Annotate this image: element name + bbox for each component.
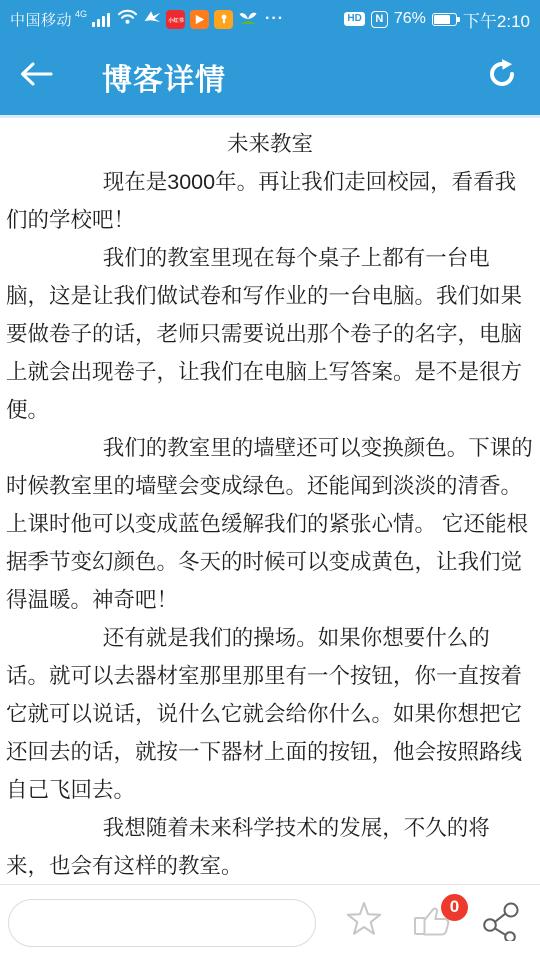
article-paragraph: 我们的教室里的墙壁还可以变换颜色。下课的 时候教室里的墙壁会变成绿色。还能闻到淡… bbox=[6, 429, 534, 619]
favorite-button[interactable] bbox=[338, 893, 390, 953]
video-play-app-icon bbox=[190, 10, 209, 29]
nfc-icon: N bbox=[371, 11, 388, 28]
article-paragraph: 还有就是我们的操场。如果你想要什么的 话。就可以去器材室那里那里有一个按钮，你一… bbox=[6, 619, 534, 809]
wifi-icon bbox=[117, 8, 138, 30]
battery-percent-label: 76% bbox=[394, 10, 426, 28]
refresh-button[interactable] bbox=[464, 37, 540, 117]
comment-input[interactable] bbox=[8, 899, 316, 947]
network-4g-badge: 4G bbox=[75, 9, 87, 19]
article-title: 未来教室 bbox=[6, 125, 534, 163]
share-button[interactable] bbox=[474, 893, 526, 953]
bottom-action-bar: 0 bbox=[0, 884, 540, 960]
share-icon bbox=[479, 899, 521, 946]
back-arrow-icon bbox=[19, 61, 53, 92]
volte-hd-icon: HD bbox=[344, 12, 364, 26]
article-paragraph: 我们的教室里现在每个桌子上都有一台电 脑，这是让我们做试卷和写作业的一台电脑。我… bbox=[6, 239, 534, 429]
blog-article: 未来教室 现在是3000年。再让我们走回校园，看看我 们的学校吧！ 我们的教室里… bbox=[0, 121, 540, 884]
status-bar: 中国移动 4G 小红书 bbox=[0, 0, 540, 38]
app-bar: 博客详情 bbox=[0, 38, 540, 118]
carrier-label: 中国移动 bbox=[10, 9, 72, 30]
xiaohongshu-app-icon: 小红书 bbox=[166, 10, 185, 29]
battery-icon bbox=[432, 13, 457, 26]
orange-app-icon bbox=[214, 10, 233, 29]
more-notifications-icon: ··· bbox=[265, 10, 284, 28]
refresh-icon bbox=[486, 58, 518, 95]
back-button[interactable] bbox=[0, 37, 72, 117]
page-title: 博客详情 bbox=[102, 55, 226, 99]
bird-app-icon bbox=[143, 9, 161, 30]
sprout-app-icon bbox=[238, 8, 258, 30]
signal-strength-icon bbox=[92, 12, 110, 27]
star-icon bbox=[344, 900, 384, 945]
article-paragraph: 现在是3000年。再让我们走回校园，看看我 们的学校吧！ bbox=[6, 163, 534, 239]
like-count-badge: 0 bbox=[441, 894, 468, 921]
article-paragraph: 我想随着未来科学技术的发展，不久的将 来，也会有这样的教室。 bbox=[6, 809, 534, 884]
clock-label: 下午2:10 bbox=[463, 7, 530, 32]
like-button[interactable]: 0 bbox=[408, 893, 460, 953]
